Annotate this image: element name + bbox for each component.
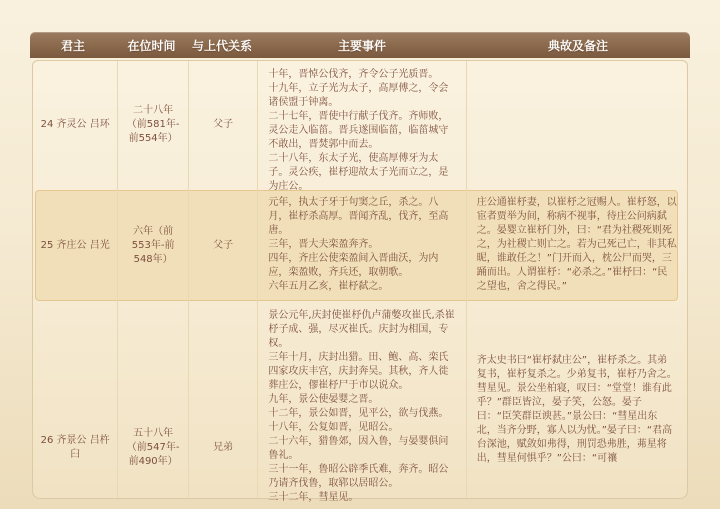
ruler-name: 24 齐灵公 吕环 — [33, 61, 118, 189]
table-body: 24 齐灵公 吕环 二十八年（前581年-前554年） 父子 十年，晋悼公伐齐，… — [32, 60, 688, 499]
table-header-row: 君主 在位时间 与上代关系 主要事件 典故及备注 — [30, 32, 690, 58]
reign-period: 六年（前553年-前548年） — [118, 189, 189, 302]
column-header-relation: 与上代关系 — [187, 37, 257, 54]
relation-to-predecessor: 兄弟 — [189, 302, 259, 498]
column-header-events: 主要事件 — [257, 37, 467, 54]
reign-period: 五十八年（前547年-前490年） — [118, 302, 189, 498]
major-events: 元年，执太子牙于句窦之丘，杀之。八月，崔杼杀高厚。晋闻齐乱，伐齐，至高唐。 三年… — [258, 189, 466, 302]
column-header-ruler: 君主 — [30, 37, 116, 54]
table-row-lingong[interactable]: 24 齐灵公 吕环 二十八年（前581年-前554年） 父子 十年，晋悼公伐齐，… — [33, 61, 687, 189]
ruler-name: 26 齐景公 吕杵臼 — [33, 302, 118, 498]
page-background: { "table": { "title_context": "齐国君主世系表",… — [0, 0, 720, 509]
column-header-notes: 典故及备注 — [467, 37, 689, 54]
allusions-notes: 齐太史书曰“崔杼弑庄公”，崔杼杀之。其弟复书，崔杼复杀之。少弟复书，崔杼乃舍之。… — [467, 302, 687, 498]
reign-period: 二十八年（前581年-前554年） — [118, 61, 189, 189]
allusions-notes: 庄公通崔杼妻，以崔杼之冠赐人。崔杼怒，以宦者贾举为间，称病不视事，待庄公问病弑之… — [467, 189, 687, 302]
column-header-reign: 在位时间 — [116, 37, 187, 54]
relation-to-predecessor: 父子 — [189, 189, 259, 302]
relation-to-predecessor: 父子 — [189, 61, 259, 189]
table-row-zhuanggong[interactable]: 25 齐庄公 吕光 六年（前553年-前548年） 父子 元年，执太子牙于句窦之… — [33, 189, 687, 302]
table-row-jinggong[interactable]: 26 齐景公 吕杵臼 五十八年（前547年-前490年） 兄弟 景公元年,庆封使… — [33, 302, 687, 498]
allusions-notes — [467, 61, 687, 189]
rulers-table: 君主 在位时间 与上代关系 主要事件 典故及备注 24 齐灵公 吕环 二十八年（… — [30, 32, 690, 499]
major-events: 十年，晋悼公伐齐，齐令公子光质晋。 十九年，立子光为太子，高厚傅之，令会诸侯盟于… — [258, 61, 466, 189]
ruler-name: 25 齐庄公 吕光 — [33, 189, 118, 302]
major-events: 景公元年,庆封使崔杼仇卢蒲嫳攻崔氏,杀崔杼子成、强，尽灭崔氏。庆封为相国，专权。… — [258, 302, 466, 498]
